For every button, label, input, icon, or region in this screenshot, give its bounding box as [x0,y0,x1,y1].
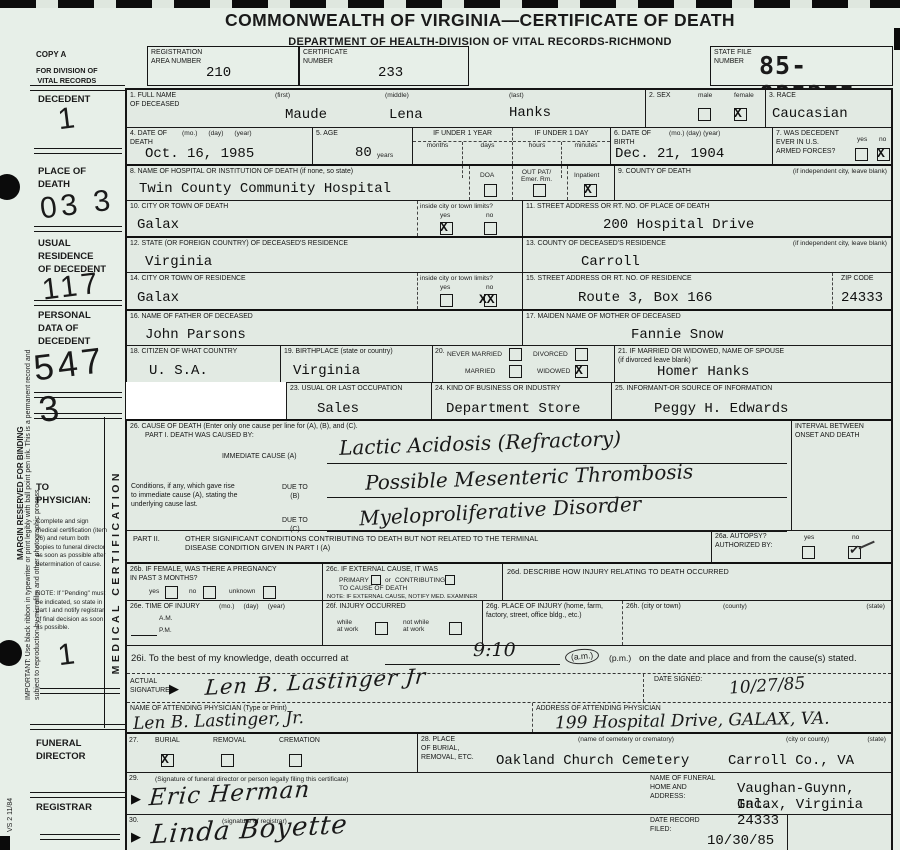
dob-hints: (mo.) (day) (year) [669,130,720,137]
time-blank[interactable] [131,635,157,636]
row-attending-physician: NAME OF ATTENDING PHYSICIAN (Type or Pri… [127,702,891,732]
actual-signature-label: ACTUAL SIGNATURE [130,678,170,696]
date-signed-label: DATE SIGNED: [654,676,702,685]
mother-field: 17. MAIDEN NAME OF MOTHER OF DECEASED Fa… [522,311,891,345]
certificate-number-box: CERTIFICATE NUMBER 233 [299,46,469,86]
armed-forces-field: 7. WAS DECEDENT EVER IN U.S. ARMED FORCE… [772,128,891,164]
industry-label: 24. KIND OF BUSINESS OR INDUSTRY [435,385,560,394]
residence-limits-no-label: no [486,284,493,291]
pregnancy-yes-checkbox[interactable] [165,586,178,599]
sex-male-label: male [698,92,712,99]
residence-street-field: 15. STREET ADDRESS OR RT. NO. OF RESIDEN… [522,273,832,309]
industry-field: 24. KIND OF BUSINESS OR INDUSTRY Departm… [431,383,611,419]
pregnancy-label: 26b. IF FEMALE, WAS THERE A PREGNANCY IN… [130,566,277,584]
while-at-work-checkbox[interactable] [375,622,388,635]
registrar-signature-no: 30. [129,817,139,826]
doa-label: DOA [480,172,494,179]
full-name-label: 1. FULL NAME OF DECEASED [130,92,179,110]
medical-certification-label: MEDICAL CERTIFICATION [110,470,122,674]
due-to-b-label: DUE TO (B) [282,484,308,502]
row-part2-autopsy: PART II. OTHER SIGNIFICANT CONDITIONS CO… [127,530,891,562]
race-label: 3. RACE [769,92,796,101]
row-city-of-death: 10. CITY OR TOWN OF DEATH Galax inside c… [127,200,891,236]
divider [34,300,122,306]
statement-pre: 26i. To the best of my knowledge, death … [131,653,348,664]
registrar-signature-arrow-icon: ▶ [131,829,141,845]
row-physician-signature: ACTUAL SIGNATURE ▶ Len B. Lastinger Jr D… [127,673,891,702]
time-of-injury-label: 26e. TIME OF INJURY [130,603,200,612]
city-county-hint: (city or county) [786,736,829,743]
birthplace-value[interactable]: Virginia [293,363,360,379]
interval-field: INTERVAL BETWEEN ONSET AND DEATH [791,421,891,530]
autopsy-no-checkbox[interactable]: ✓ [848,546,861,559]
hospital-field: 8. NAME OF HOSPITAL OR INSTITUTION OF DE… [127,166,469,200]
section-to-physician: TO PHYSICIAN: [36,482,91,508]
place-of-injury-label: 26g. PLACE OF INJURY (home, farm, factor… [486,603,603,621]
registration-area-label: REGISTRATION AREA NUMBER [148,47,298,67]
part2-field: PART II. OTHER SIGNIFICANT CONDITIONS CO… [127,531,711,562]
date-signed-handwriting[interactable]: 10/27/85 [728,673,806,698]
death-statement-field: 26i. To the best of my knowledge, death … [127,646,891,673]
injury-city-label: 26h. (city or town) [626,603,681,612]
place-of-burial-field: 28. PLACE OF BURIAL, REMOVAL, ETC. (name… [417,734,891,772]
disposition-no: 27. [129,737,139,746]
limits-yes-label: yes [440,212,450,219]
cemetery-hint: (name of cemetery or crematory) [578,736,674,743]
row-residence-state: 12. STATE (OR FOREIGN COUNTRY) OF DECEAS… [127,236,891,272]
physician-note: Complete and sign medical certification … [36,518,108,569]
informant-label: 25. INFORMANT-OR SOURCE OF INFORMATION [615,385,772,394]
inpatient-checkbox[interactable]: X [584,184,597,197]
full-name-field[interactable]: 1. FULL NAME OF DECEASED (first) (middle… [127,90,645,127]
date-filed-field: DATE RECORD FILED: 10/30/85 [522,815,787,850]
spouse-field: 21. IF MARRIED OR WIDOWED, NAME OF SPOUS… [614,346,891,382]
autopsy-yes-label: yes [804,534,814,541]
funeral-signature-field[interactable]: 29. (Signature of funeral director or pe… [127,773,522,814]
residence-city-value[interactable]: Galax [137,290,179,306]
to-cause-label: TO CAUSE OF DEATH [339,585,407,592]
outpatient-label: OUT PAT/ Emer. Rm. [521,169,552,183]
age-label: 5. AGE [316,130,338,139]
registration-area-box: REGISTRATION AREA NUMBER 210 [147,46,299,86]
injury-occurred-label: 26f. INJURY OCCURRED [326,603,406,612]
cause-line-a[interactable]: Lactic Acidosis (Refractory) [327,433,787,464]
film-perforation-strip [0,0,900,8]
part2-label: PART II. [133,534,160,543]
date-of-birth-value[interactable]: Dec. 21, 1904 [615,146,724,162]
father-value[interactable]: John Parsons [145,327,246,343]
residence-county-field: 13. COUNTY OF DECEASED'S RESIDENCE (if i… [522,238,891,272]
row-occupation: 23. USUAL OR LAST OCCUPATION Sales 24. K… [127,382,891,419]
interval-label: INTERVAL BETWEEN ONSET AND DEATH [795,423,864,441]
inpatient-field: Inpatient X [567,166,614,200]
statement-post: on the date and place and from the cause… [639,653,857,664]
time-of-death-line[interactable]: 9:10 [385,649,560,665]
armed-forces-label: 7. WAS DECEDENT EVER IN U.S. ARMED FORCE… [776,130,839,157]
sex-male-checkbox[interactable] [698,108,711,121]
residence-limits-yes-label: yes [440,284,450,291]
date-filed-label: DATE RECORD FILED: [650,817,700,835]
armed-forces-no-label: no [879,136,886,143]
autopsy-label: 26a. AUTOPSY? AUTHORIZED BY: [715,533,772,551]
if-under-1-day-field: IF UNDER 1 DAY hours minutes [512,128,610,164]
doa-checkbox[interactable] [484,184,497,197]
pm-option[interactable]: (p.m.) [609,653,631,663]
row-parents: 16. NAME OF FATHER OF DECEASED John Pars… [127,309,891,345]
occupation-label: 23. USUAL OR LAST OCCUPATION [290,385,402,394]
row-pregnancy-external: 26b. IF FEMALE, WAS THERE A PREGNANCY IN… [127,562,891,600]
pregnancy-no-label: no [189,588,196,595]
physician-address-handwriting[interactable]: 199 Hospital Drive, GALAX, VA. [555,709,830,734]
cause-b-handwriting: Possible Mesenteric Thrombosis [365,459,694,494]
part2-text: OTHER SIGNIFICANT CONDITIONS CONTRIBUTIN… [185,534,538,553]
margin-important-note: IMPORTANT: Use black ribbon in typewrite… [24,328,43,700]
first-hint: (first) [275,92,290,99]
armed-forces-no-checkbox[interactable]: X [877,148,890,161]
residence-state-field: 12. STATE (OR FOREIGN COUNTRY) OF DECEAS… [127,238,522,272]
date-of-birth-field: 6. DATE OF BIRTH (mo.) (day) (year) Dec.… [610,128,772,164]
time-of-death-handwriting: 9:10 [473,639,516,661]
residence-county-hint: (if independent city, leave blank) [793,240,887,247]
place-of-burial-label: 28. PLACE OF BURIAL, REMOVAL, ETC. [421,736,474,763]
last-name-value[interactable]: Hanks [509,105,551,121]
father-label: 16. NAME OF FATHER OF DECEASED [130,313,253,322]
limits-no-checkbox[interactable] [484,222,497,235]
removal-checkbox[interactable] [221,754,234,767]
zip-value[interactable]: 24333 [841,290,883,306]
time-of-injury-field: 26e. TIME OF INJURY (mo.) (day) (year) A… [127,601,322,645]
inpatient-label: Inpatient [574,172,599,179]
actual-signature-field[interactable]: ACTUAL SIGNATURE ▶ Len B. Lastinger Jr [127,674,643,702]
pending-note: NOTE: If "Pending" must be indicated, so… [36,590,108,633]
residence-city-field: 14. CITY OR TOWN OF RESIDENCE Galax [127,273,417,309]
cause-line-b[interactable]: Possible Mesenteric Thrombosis [327,467,787,498]
divider [30,792,125,798]
row-death-statement: 26i. To the best of my knowledge, death … [127,645,891,673]
cause-a-handwriting: Lactic Acidosis (Refractory) [339,426,622,460]
form-title: COMMONWEALTH OF VIRGINIA—CERTIFICATE OF … [60,10,900,31]
cause-of-death-field: 26. CAUSE OF DEATH (Enter only one cause… [127,421,791,530]
registration-row: REGISTRATION AREA NUMBER 210 CERTIFICATE… [125,46,895,88]
armed-forces-yes-label: yes [857,136,867,143]
am-label: A.M. [159,615,173,622]
divider [34,148,122,154]
last-hint: (last) [509,92,524,99]
injury-description-field: 26d. DESCRIBE HOW INJURY RELATING TO DEA… [502,564,891,600]
contributing-label: CONTRIBUTING [395,577,445,584]
pregnancy-unknown-label: unknown [229,588,255,595]
pregnancy-field: 26b. IF FEMALE, WAS THERE A PREGNANCY IN… [127,564,322,600]
mother-value[interactable]: Fannie Snow [631,327,723,343]
citizen-field: 18. CITIZEN OF WHAT COUNTRY U. S.A. [127,346,280,382]
pregnancy-yes-label: yes [149,588,159,595]
primary-checkbox[interactable] [371,575,381,585]
race-field: 3. RACE Caucasian [765,90,891,127]
under-1-day-label: IF UNDER 1 DAY [513,128,610,139]
row-dates-age: 4. DATE OF DEATH (mo.) (day) (year) Oct.… [127,127,891,164]
while-at-work-label: while at work [337,619,358,633]
limits-no-label: no [486,212,493,219]
external-cause-label: 26c. IF EXTERNAL CAUSE, IT WAS [326,566,438,575]
under-1-year-label: IF UNDER 1 YEAR [413,128,512,139]
sex-female-label: female [734,92,754,99]
date-hints: (mo.) (day) (year) [182,130,252,137]
race-value[interactable]: Caucasian [772,106,848,122]
residence-county-value[interactable]: Carroll [581,254,640,270]
injury-occurred-field: 26f. INJURY OCCURRED while at work not w… [322,601,482,645]
row-name-sex-race: 1. FULL NAME OF DECEASED (first) (middle… [127,90,891,127]
primary-label: PRIMARY [339,577,369,584]
residence-state-value[interactable]: Virginia [145,254,212,270]
age-field: 5. AGE 80 years [312,128,412,164]
never-married-label: NEVER MARRIED [447,351,502,358]
physician-name-field: NAME OF ATTENDING PHYSICIAN (Type or Pri… [127,703,532,732]
autopsy-no-label: no [852,534,859,541]
residence-street-label: 15. STREET ADDRESS OR RT. NO. OF RESIDEN… [526,275,692,284]
registrar-code-physician: 1 [56,637,81,673]
immediate-cause-label: IMMEDIATE CAUSE (A) [222,453,297,462]
citizen-value[interactable]: U. S.A. [149,363,208,379]
residence-state-label: 12. STATE (OR FOREIGN COUNTRY) OF DECEAS… [130,240,348,249]
sex-label: 2. SEX [649,92,670,101]
informant-value[interactable]: Peggy H. Edwards [654,401,788,417]
row-hospital: 8. NAME OF HOSPITAL OR INSTITUTION OF DE… [127,164,891,200]
mother-label: 17. MAIDEN NAME OF MOTHER OF DECEASED [526,313,681,322]
zip-field: ZIP CODE 24333 [832,273,891,309]
if-under-1-year-field: IF UNDER 1 YEAR months days [412,128,512,164]
divorced-label: DIVORCED [533,351,568,358]
section-funeral-director: FUNERAL DIRECTOR [36,738,85,764]
county-of-death-hint: (if independent city, leave blank) [793,168,887,175]
occupation-value[interactable]: Sales [317,401,359,417]
contributing-checkbox[interactable] [445,575,455,585]
injury-description-label: 26d. DESCRIBE HOW INJURY RELATING TO DEA… [507,567,729,576]
certificate-number-value[interactable]: 233 [378,65,403,81]
am-circled[interactable]: (a.m.) [564,648,599,666]
registrar-signature-handwriting: Linda Boyette [150,810,349,850]
widowed-label: WIDOWED [537,368,570,375]
doa-field: DOA [469,166,512,200]
division-label: FOR DIVISION OF VITAL RECORDS [36,66,98,86]
registration-area-value[interactable]: 210 [206,65,231,81]
residence-limits-yes-checkbox[interactable] [440,294,453,307]
outpatient-field: OUT PAT/ Emer. Rm. [512,166,567,200]
part1-label: PART I. DEATH WAS CAUSED BY: [145,432,254,441]
pm-label: P.M. [159,627,172,634]
county-of-death-field: 9. COUNTY OF DEATH (if independent city,… [614,166,891,200]
certificate-number-label: CERTIFICATE NUMBER [300,47,468,67]
divider [34,392,122,398]
burial-label: BURIAL [155,737,180,746]
birthplace-label: 19. BIRTHPLACE (state or country) [284,348,393,357]
medical-certification-column: MEDICAL CERTIFICATION [104,417,126,728]
row-funeral-director: 29. (Signature of funeral director or pe… [127,772,891,814]
row-citizen-marital: 18. CITIZEN OF WHAT COUNTRY U. S.A. 19. … [127,345,891,382]
form-code: VS 2 11/84 [6,772,15,832]
funeral-home-field: NAME OF FUNERAL HOME AND ADDRESS: Vaugha… [522,773,891,814]
middle-name-value[interactable]: Lena [389,107,423,123]
hospital-label: 8. NAME OF HOSPITAL OR INSTITUTION OF DE… [130,168,353,177]
divider [34,226,122,232]
cause-of-death-section: 26. CAUSE OF DEATH (Enter only one cause… [127,419,891,530]
middle-hint: (middle) [385,92,409,99]
never-married-checkbox[interactable] [509,348,522,361]
date-of-death-field: 4. DATE OF DEATH (mo.) (day) (year) Oct.… [127,128,312,164]
row-registrar: 30. (signature of registrar) ▶ Linda Boy… [127,814,891,850]
limits-yes-checkbox[interactable]: X [440,222,453,235]
section-registrar: REGISTRAR [36,802,92,815]
cremation-checkbox[interactable] [289,754,302,767]
conditions-note: Conditions, if any, which gave rise to i… [131,483,239,510]
removal-label: REMOVAL [213,737,246,746]
registrar-spare-cell [787,815,891,850]
copy-label: COPY A [36,50,66,61]
date-filed-value[interactable]: 10/30/85 [707,833,774,849]
state-file-number-box: STATE FILE NUMBER 85-035275 [710,46,893,86]
physician-address-field: ADDRESS OF ATTENDING PHYSICIAN 199 Hospi… [532,703,891,732]
city-of-death-value[interactable]: Galax [137,217,179,233]
date-of-death-value[interactable]: Oct. 16, 1985 [145,146,254,162]
residence-limits-label: inside city or town limits? [420,275,493,282]
or-label: or [385,577,391,584]
disposition-field: 27. BURIAL REMOVAL CREMATION X [127,734,417,772]
city-of-death-label: 10. CITY OR TOWN OF DEATH [130,203,228,212]
zip-label: ZIP CODE [841,275,873,284]
widowed-checkbox[interactable]: X [575,365,588,378]
armed-forces-yes-checkbox[interactable] [855,148,868,161]
pregnancy-no-checkbox[interactable] [203,586,216,599]
not-while-at-work-label: not while at work [403,619,429,633]
death-city-limits-field: inside city or town limits? yes no X [417,201,522,236]
registrar-signature-field[interactable]: 30. (signature of registrar) ▶ Linda Boy… [127,815,522,850]
residence-city-label: 14. CITY OR TOWN OF RESIDENCE [130,275,246,284]
injury-county-label: (county) [723,603,747,610]
cremation-label: CREMATION [279,737,320,746]
industry-value[interactable]: Department Store [446,401,580,417]
funeral-home-label: NAME OF FUNERAL HOME AND ADDRESS: [650,775,715,802]
injury-date-hints: (mo.) (day) (year) [219,603,285,610]
married-label: MARRIED [465,368,495,375]
external-cause-field: 26c. IF EXTERNAL CAUSE, IT WAS PRIMARY o… [322,564,502,600]
injury-state-label: (state) [866,603,885,610]
residence-limits-no-checkbox[interactable]: XX [484,294,497,307]
birthplace-field: 19. BIRTHPLACE (state or country) Virgin… [280,346,432,382]
cause-label: 26. CAUSE OF DEATH (Enter only one cause… [130,423,358,432]
redacted-field [126,382,286,419]
informant-field: 25. INFORMANT-OR SOURCE OF INFORMATION P… [611,383,891,419]
divider [40,834,120,840]
row-residence-city: 14. CITY OR TOWN OF RESIDENCE Galax insi… [127,272,891,309]
father-field: 16. NAME OF FATHER OF DECEASED John Pars… [127,311,522,345]
certificate-form: 1. FULL NAME OF DECEASED (first) (middle… [125,88,893,850]
funeral-signature-no: 29. [129,775,139,784]
burial-city-value[interactable]: Carroll Co., VA [728,753,854,769]
occupation-field: 23. USUAL OR LAST OCCUPATION Sales [286,383,431,419]
registrar-code-decedent: 1 [56,101,81,137]
not-while-at-work-checkbox[interactable] [449,622,462,635]
limits-label: inside city or town limits? [420,203,493,210]
burial-checkbox[interactable]: X [161,754,174,767]
cause-line-c[interactable]: Myeloproliferative Disorder [327,501,787,532]
street-of-death-field: 11. STREET ADDRESS OR RT. NO. OF PLACE O… [522,201,891,236]
signature-arrow-icon: ▶ [169,681,179,697]
spouse-value[interactable]: Homer Hanks [657,364,749,380]
marital-status-field: 20. NEVER MARRIED DIVORCED MARRIED WIDOW… [432,346,614,382]
injury-location-field: 26h. (city or town) (county) (state) [622,601,891,645]
first-name-value[interactable]: Maude [285,107,327,123]
autopsy-field: 26a. AUTOPSY? AUTHORIZED BY: yes no ✓ [711,531,891,562]
married-checkbox[interactable] [509,365,522,378]
citizen-label: 18. CITIZEN OF WHAT COUNTRY [130,348,237,357]
funeral-signature-arrow-icon: ▶ [131,791,141,807]
state-hint: (state) [867,736,886,743]
residence-county-label: 13. COUNTY OF DECEASED'S RESIDENCE [526,240,666,249]
age-value[interactable]: 80 [355,145,372,161]
city-of-death-field: 10. CITY OR TOWN OF DEATH Galax [127,201,417,236]
divorced-checkbox[interactable] [575,348,588,361]
street-of-death-value[interactable]: 200 Hospital Drive [603,217,754,233]
row-burial: 27. BURIAL REMOVAL CREMATION X 28. PLACE… [127,732,891,772]
pregnancy-unknown-checkbox[interactable] [263,586,276,599]
street-of-death-label: 11. STREET ADDRESS OR RT. NO. OF PLACE O… [526,203,710,212]
residence-limits-field: inside city or town limits? yes no XX [417,273,522,309]
residence-street-value[interactable]: Route 3, Box 166 [578,290,712,306]
divider [30,85,125,91]
age-unit: years [377,152,393,159]
sex-female-checkbox[interactable]: X [734,108,747,121]
hospital-value[interactable]: Twin County Community Hospital [139,181,391,197]
date-signed-field: DATE SIGNED: 10/27/85 [643,674,891,702]
form-header: COMMONWEALTH OF VIRGINIA—CERTIFICATE OF … [0,10,900,48]
marital-no: 20. [435,348,445,357]
cemetery-value[interactable]: Oakland Church Cemetery [496,753,689,769]
outpatient-checkbox[interactable] [533,184,546,197]
death-certificate-page: COMMONWEALTH OF VIRGINIA—CERTIFICATE OF … [0,0,900,850]
county-of-death-label: 9. COUNTY OF DEATH [618,168,691,177]
autopsy-yes-checkbox[interactable] [802,546,815,559]
sex-field: 2. SEX male female X [645,90,765,127]
